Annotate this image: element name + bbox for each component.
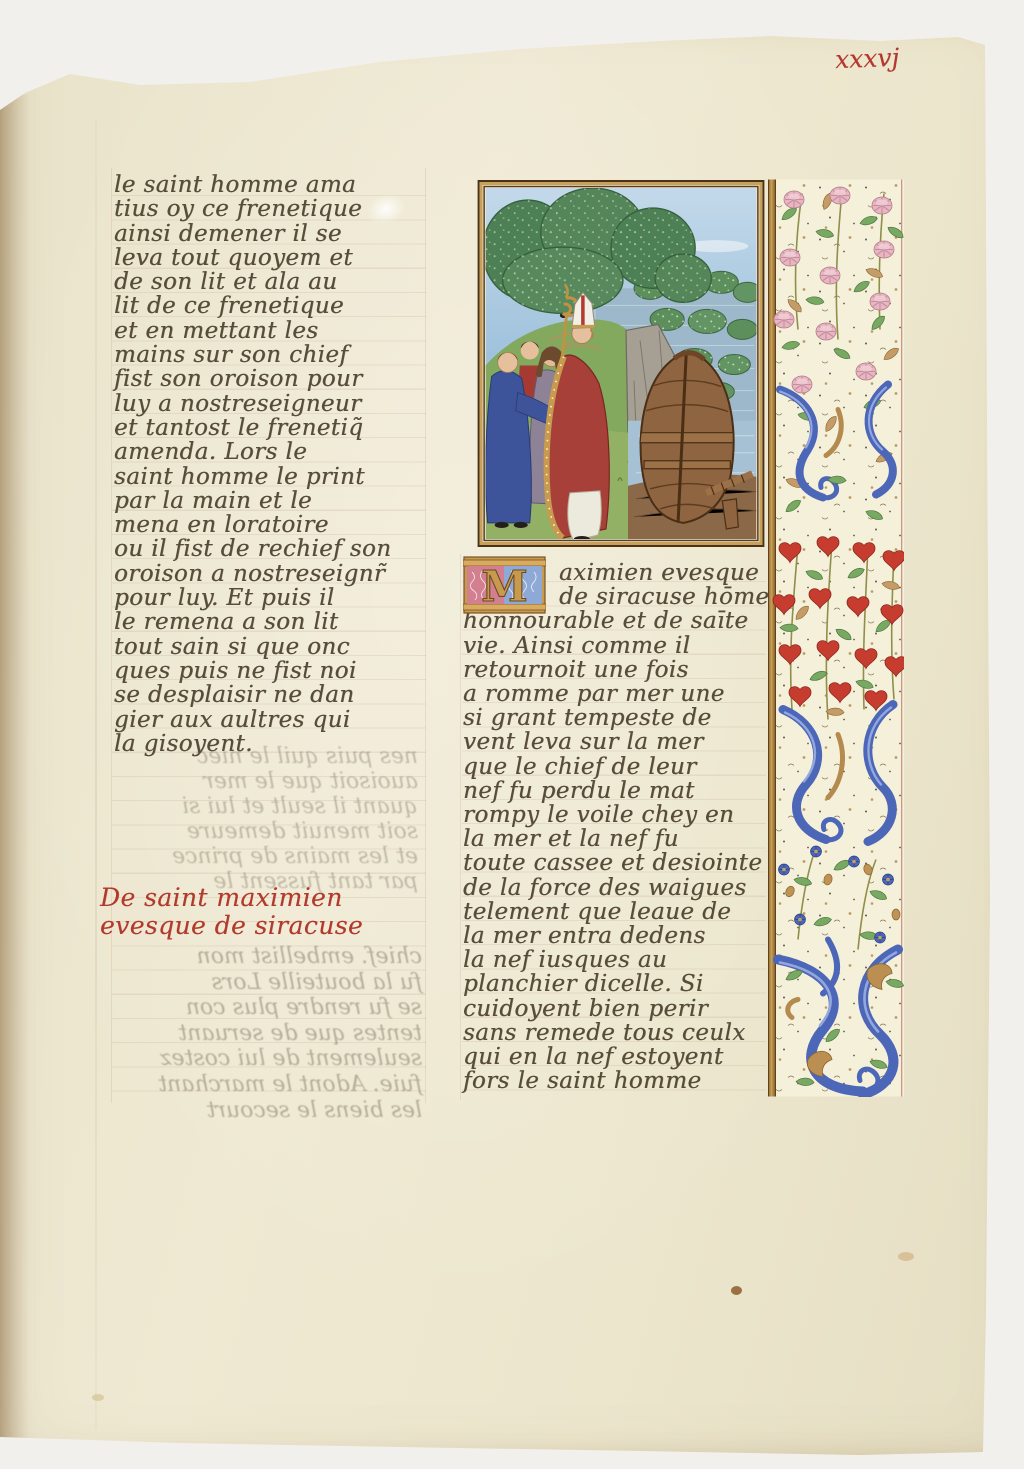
text-line: amenda. Lors le [114,440,426,464]
text-line: luy a nostreseigneur [114,392,426,416]
text-line: aximien evesque [559,561,765,585]
text-line: toute cassee et desiointe [463,851,765,875]
ink-stain [731,1286,742,1295]
showthrough-text-lower: chief. embellist monfu la bouteille Lors… [100,944,422,1123]
folio-number: xxxvj [835,43,900,74]
text-line: fuie. Adont le marchant [100,1072,422,1098]
text-line: de siracuse hōme [559,585,765,609]
showthrough-text-upper: nes puis quil le niecauoisoit que le mer… [118,744,418,894]
parchment-crease [95,120,97,1430]
parchment-page: xxxvj le saint homme amatius oy ce frene… [0,0,1024,1469]
text-line: gier aux aultres qui [114,708,426,732]
text-line: qui en la nef estoyent [463,1045,765,1069]
text-line: oroison a nostreseignr̃ [114,562,426,586]
text-line: que le chief de leur [463,755,765,779]
text-line: mains sur son chief [114,343,426,367]
illuminated-initial: M [463,556,546,614]
text-line: ainsi demener il se [114,222,426,246]
initial-letter: M [481,562,528,611]
text-line: nef fu perdu le mat [463,779,765,803]
chapter-rubric: De saint maximienevesque de siracuse [100,884,363,939]
text-line: fu la bouteille Lors [100,970,422,996]
manuscript-photo: { "manuscript": { "folio_number": "xxxvj… [0,0,1024,1469]
text-line: vent leva sur la mer [463,730,765,754]
text-line: mena en loratoire [114,513,426,537]
text-line: sans remede tous ceulx [463,1021,765,1045]
left-text-column: le saint homme amatius oy ce frenetiquea… [114,173,426,756]
miniature-painting [477,180,765,547]
text-line: lit de ce frenetique [114,294,426,318]
text-line: si grant tempeste de [463,706,765,730]
text-line: telement que leaue de [463,900,765,924]
text-line: les biens le secourt [100,1098,422,1124]
text-line: chief. embellist mon [100,944,422,970]
text-line: quant il seult et lui si [118,794,418,819]
text-line: planchier dicelle. Si [463,972,765,996]
text-line: vie. Ainsi comme il [463,634,765,658]
text-line: saint homme le print [114,465,426,489]
text-line: se desplaisir ne dan [114,683,426,707]
text-line: rompy le voile chey en [463,803,765,827]
stain [898,1252,914,1261]
text-line: le remena a son lit [114,610,426,634]
text-line: la mer entra dedens [463,924,765,948]
margin-rule-right [460,554,461,1100]
text-line: par la main et le [114,489,426,513]
right-text-column: aximien evesquede siracuse hōmehonnourab… [463,561,765,1093]
text-line: cuidoyent bien perir [463,997,765,1021]
text-line: pour luy. Et puis il [114,586,426,610]
stain [92,1394,104,1401]
text-line: soit menuit demeure [118,819,418,844]
text-line: tentes que de seruant [100,1021,422,1047]
text-line: nes puis quil le niec [118,744,418,769]
text-line: ou il fist de rechief son [114,537,426,561]
text-line: et les mains de prince [118,844,418,869]
text-line: la nef iusques au [463,948,765,972]
text-line: leva tout quoyem et [114,246,426,270]
text-line: a romme par mer une [463,682,765,706]
text-line: ques puis ne fist noi [114,659,426,683]
text-line: se fu rendre plus con [100,995,422,1021]
text-line: De saint maximien [100,884,363,912]
text-line: et tantost le frenetiq̃ [114,416,426,440]
text-line: seulement de lui costez [100,1046,422,1072]
text-line: evesque de siracuse [100,912,363,940]
text-line: retournoit une fois [463,658,765,682]
text-line: et en mettant les [114,319,426,343]
text-line: de son lit et ala au [114,270,426,294]
text-line: le saint homme ama [114,173,426,197]
text-line: fist son oroison pour [114,367,426,391]
text-line: auoisoit que le mer [118,769,418,794]
text-line: tout sain si que onc [114,635,426,659]
text-line: fors le saint homme [463,1069,765,1093]
floral-border [768,179,904,1097]
text-line: la mer et la nef fu [463,827,765,851]
white-alb [568,491,601,541]
gutter-shading [0,95,30,1440]
text-line: de la force des waigues [463,876,765,900]
